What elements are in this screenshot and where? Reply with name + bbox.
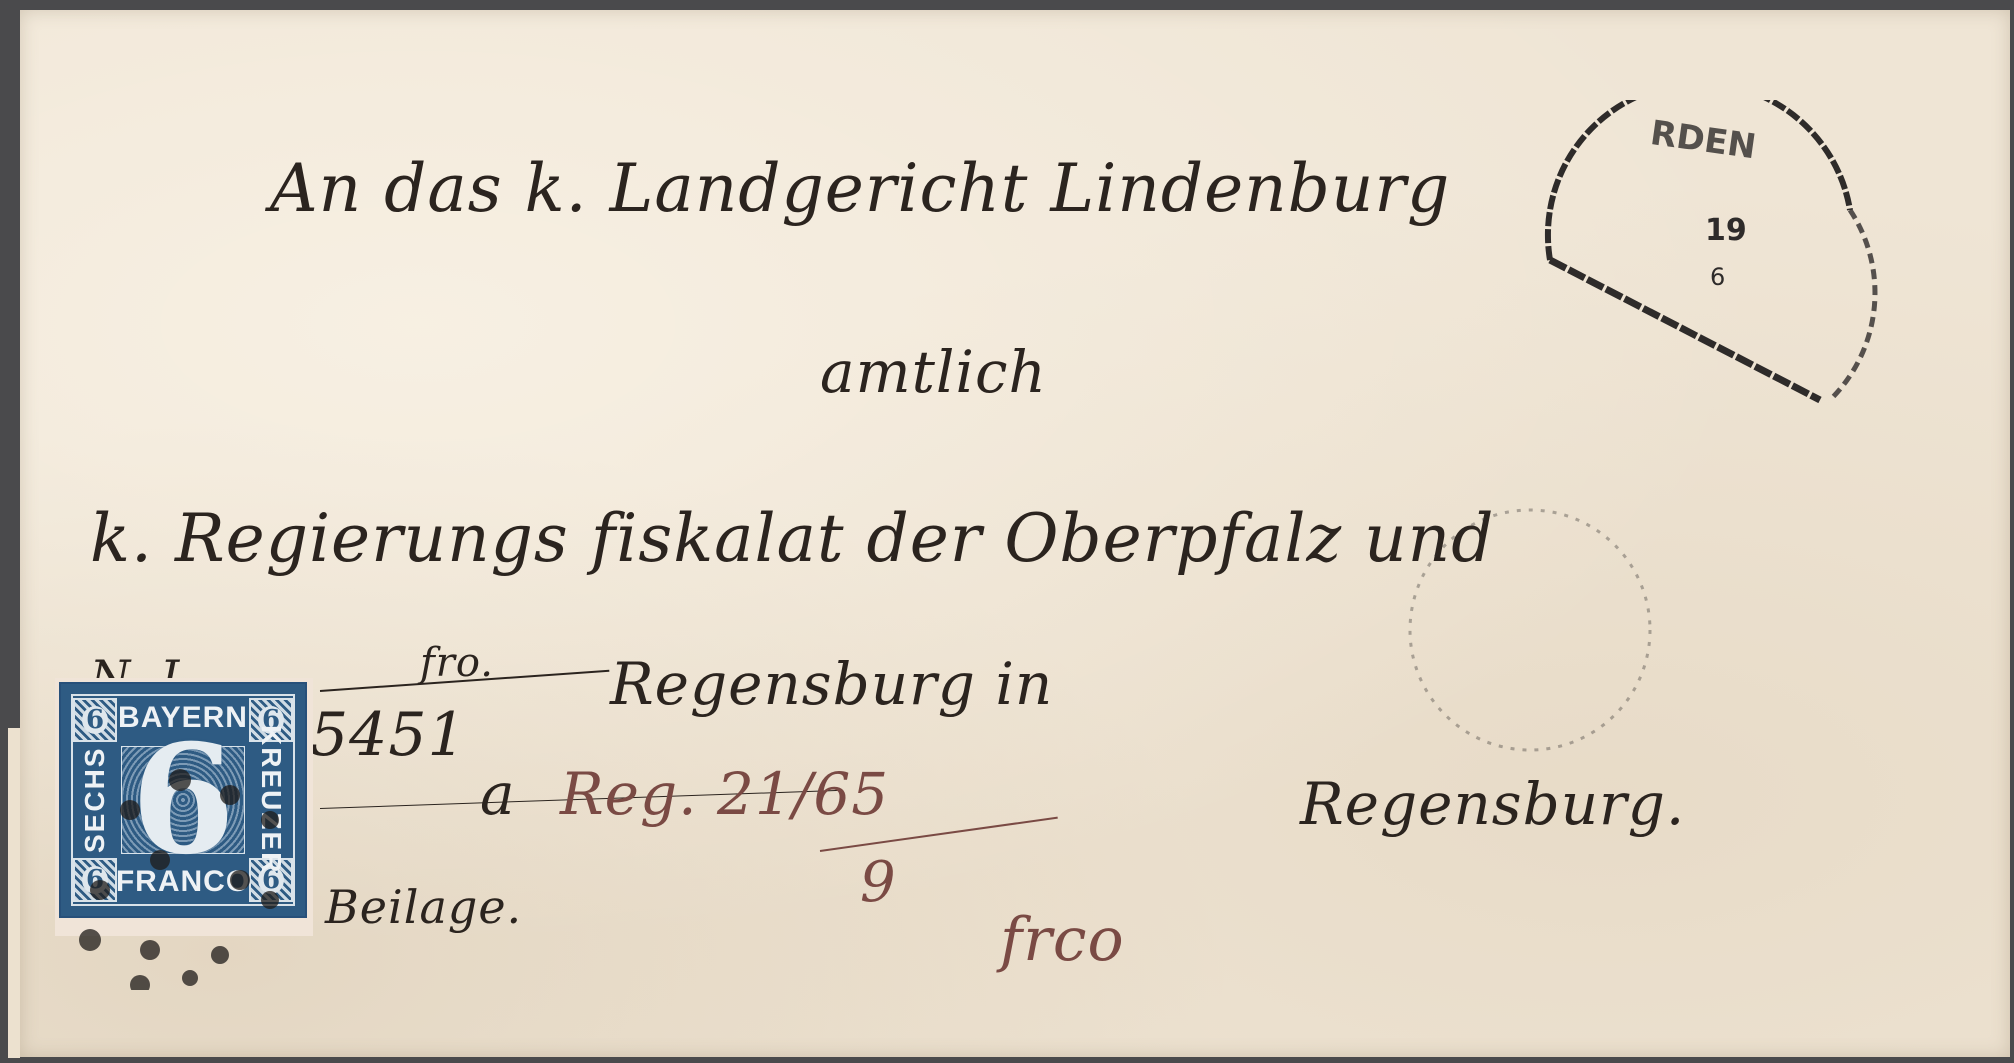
bavaria-6-kreuzer-stamp: 6 6 6 6 BAYERN FRANCO SECHS KREUZER 6 bbox=[55, 678, 313, 936]
address-line-5-prefix: a bbox=[480, 760, 516, 828]
stamp-right-text: KREUZER bbox=[249, 744, 293, 856]
stamp-value: 6 bbox=[131, 725, 235, 875]
registry-number: 5451 bbox=[310, 700, 467, 770]
faint-postmark-impression bbox=[1380, 480, 1680, 780]
beilage-note: Beilage. bbox=[325, 880, 522, 934]
address-line-3: k. Regierungs fiskalat der Oberpfalz und bbox=[90, 500, 1494, 577]
red-franco-note: frco bbox=[1000, 905, 1125, 975]
address-line-5-city: Regensburg. bbox=[1300, 770, 1685, 838]
stamp-design: 6 6 6 6 BAYERN FRANCO SECHS KREUZER 6 bbox=[59, 682, 307, 918]
svg-text:6: 6 bbox=[1710, 263, 1725, 291]
postmark-icon: 19 6 RDEN bbox=[1530, 100, 1910, 420]
red-ref-note: Reg. 21/65 bbox=[560, 760, 889, 828]
svg-text:RDEN: RDEN bbox=[1648, 113, 1759, 167]
stamp-corner-value: 6 bbox=[73, 698, 117, 742]
address-line-4: Regensburg in bbox=[610, 650, 1053, 718]
address-line-1: An das k. Landgericht Lindenburg bbox=[270, 150, 1450, 227]
stamp-center-panel: 6 bbox=[121, 746, 245, 854]
postmark: 19 6 RDEN bbox=[1530, 100, 1910, 420]
svg-text:19: 19 bbox=[1705, 213, 1747, 248]
red-denominator: 9 bbox=[860, 850, 897, 915]
envelope-flap-edge bbox=[8, 728, 20, 1058]
stamp-corner-value: 6 bbox=[73, 858, 117, 902]
address-line-2: amtlich bbox=[820, 338, 1047, 406]
stamp-left-text: SECHS bbox=[73, 744, 117, 856]
